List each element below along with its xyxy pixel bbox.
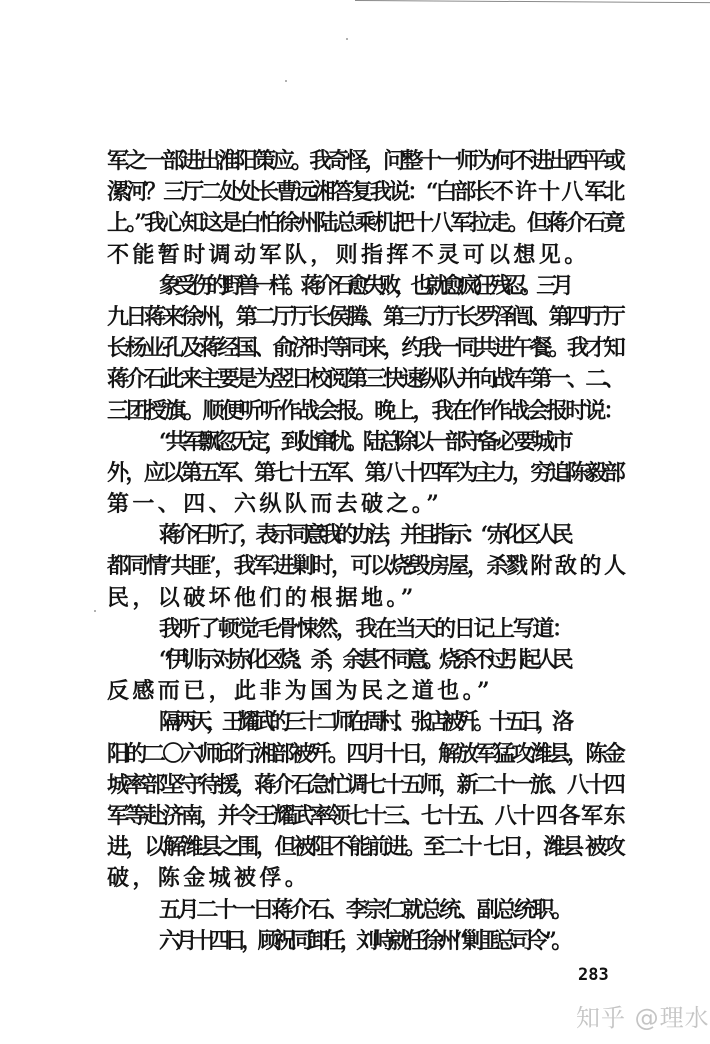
text-line: 进，以解潍县之围，但被阻不能前进。至二十 七日 ，潍县 被攻 (107, 832, 629, 863)
text-line: 我听了顿觉毛骨悚然，我在当天的日记上写道： (107, 614, 629, 645)
scan-speck (285, 80, 287, 82)
text-line: 九日蒋来徐州，第二厅厅长侯腾、第三厅厅长罗泽闿、第四厅厅 (107, 302, 629, 333)
text-line: 外，应以第五军、第七十五军、第八十四军为主力，穷追陈毅部 (107, 458, 629, 489)
page-number: 283 (578, 965, 609, 985)
text-line: 长杨业孔及蒋经国、俞济时等同来，约我一同共进午餐。我才知 (107, 333, 629, 364)
text-line: 军等赴济南，并令王耀武率领七十三、七十五、八十 四 各 军 东 (107, 801, 629, 832)
text-line: 城率部坚守待援，蒋介石急忙调七十五师，新二十一旅、八十四 (107, 770, 629, 801)
scan-speck (94, 610, 96, 612)
text-line: 漯河？三厅二处处长曹远湘答复我说：“白部长不 许 十 八 军北 (107, 177, 629, 208)
text-line: 都同情‘共匪’，我军进剿时，可以烧毁房屋，杀戮 附 敌 的 人 (107, 551, 629, 582)
text-line: 阳的二〇六师邱行湘部被歼。四月十日，解放军猛攻潍县，陈金 (107, 739, 629, 770)
watermark: 知乎 @理水 (576, 998, 710, 1033)
scan-speck (346, 38, 348, 40)
text-line: 民，以破坏他们的根据地。” (107, 583, 629, 614)
text-line: 蒋介石听了，表示同意我的办法，并且指示：“赤化区人民 (107, 520, 629, 551)
text-line: 不能暂时调动军队，则指挥不灵可以想见。 (107, 240, 629, 271)
text-line: 象受伤的野兽一样。蒋介石愈失败，也就愈疯狂残忍。三月 (107, 271, 629, 302)
text-line: 隔两天，王耀武的三十二师在周村、张店被歼。十五日，洛 (107, 707, 629, 738)
text-line: 上。”我心知这是白怕徐州陆总乘机把十八军拉走。但蒋介石竟 (107, 208, 629, 239)
text-line: 反感而已，此非为国为民之道也。” (107, 676, 629, 707)
text-line: 蒋介石此来主要是为翌日校阅第三快速纵队并向战车第一、二、 (107, 364, 629, 395)
text-line: 破，陈金城被俘。 (107, 863, 629, 894)
text-line: “共军飘忽无定，到处窜扰。陆总除以一部守备 必 要 城 市 (107, 427, 629, 458)
page-top-edge (355, 0, 710, 7)
text-line: 军之一部进出淮阳策应。我奇怪，问整十一师为何不进出西平或 (107, 146, 629, 177)
text-line: “伊训示对赤化区烧、杀，余甚不同意。烧杀不过引起人民 (107, 645, 629, 676)
text-line: 第一、四、六纵队而去破之。” (107, 489, 629, 520)
text-line: 三团授旗。顺便听听作战会报。晚上，我在作作战会报时说： (107, 396, 629, 427)
page-body: 军之一部进出淮阳策应。我奇怪，问整十一师为何不进出西平或 漯河？三厅二处处长曹远… (107, 146, 629, 957)
text-line: 六月十四日，顾祝同卸任，刘峙就任徐州“剿匪总司令”。 (107, 926, 629, 957)
text-line: 五月二十一日蒋介石、李宗仁就总统、副总统职。 (107, 895, 629, 926)
